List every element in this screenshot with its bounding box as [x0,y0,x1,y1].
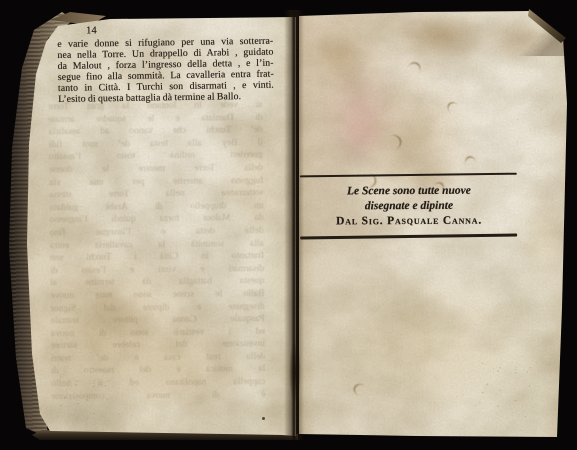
left-page: si vede in lontano la gran Torre di Dami… [14,14,296,444]
paper-grain [296,8,568,442]
gutter-shadow-blob [289,340,301,404]
left-page-paper: si vede in lontano la gran Torre di Dami… [14,14,296,444]
book-spread-photo: si vede in lontano la gran Torre di Dami… [0,0,577,450]
right-page-paper: Le Scene sono tutte nuove disegnate e di… [296,8,568,442]
paper-grain [14,14,296,444]
right-page: Le Scene sono tutte nuove disegnate e di… [296,8,568,442]
